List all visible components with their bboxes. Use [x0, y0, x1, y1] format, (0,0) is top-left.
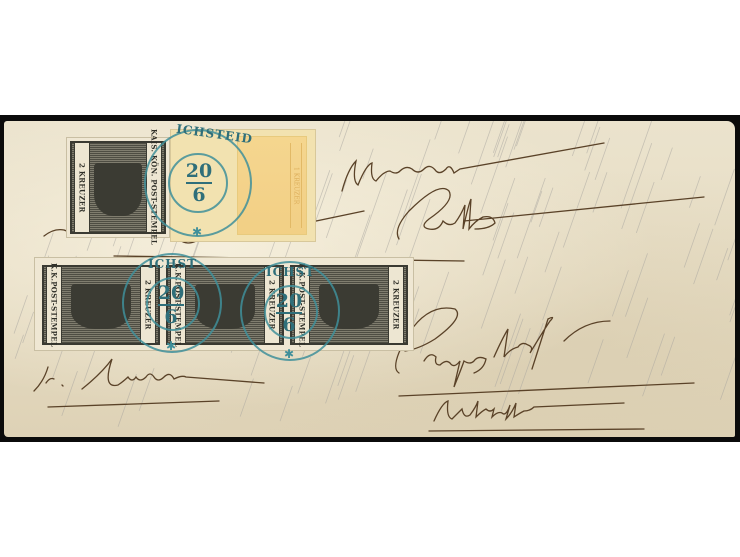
- coat-of-arms-icon: [94, 163, 142, 216]
- stamp-1-kreuzer-upper: 1 KREUZER: [170, 129, 316, 242]
- envelope-cover: 2 KREUZER KAIS. KÖN. POST-STEMPEL 1 KREU…: [4, 121, 735, 437]
- stamp-strip-item-2: K.K.POST-STEMPEL 2 KREUZER: [163, 262, 287, 348]
- stamp-strip-item-3: K.K.POST-STEMPEL 2 KREUZER: [287, 262, 411, 348]
- stamp-value-strip: 2 KREUZER: [74, 143, 90, 232]
- stamp-side-strip: K.K.POST-STEMPEL: [46, 267, 62, 343]
- stamp-side-strip: K.K.POST-STEMPEL: [170, 267, 186, 343]
- stamp-side-strip: KAIS. KÖN. POST-STEMPEL: [146, 143, 162, 232]
- stamp-design: K.K.POST-STEMPEL 2 KREUZER: [42, 265, 160, 345]
- stamp-strip-item-1: K.K.POST-STEMPEL 2 KREUZER: [39, 262, 163, 348]
- stamp-value-strip: 1 KREUZER: [290, 143, 302, 228]
- stamp-design: K.K.POST-STEMPEL 2 KREUZER: [290, 265, 408, 345]
- coat-of-arms-icon: [195, 284, 254, 330]
- stamp-2-kreuzer-upper: 2 KREUZER KAIS. KÖN. POST-STEMPEL: [66, 137, 170, 238]
- stamp-value-strip: 2 KREUZER: [388, 267, 404, 343]
- stamp-side-strip: K.K.POST-STEMPEL: [294, 267, 310, 343]
- stamp-design: K.K.POST-STEMPEL 2 KREUZER: [166, 265, 284, 345]
- stamp-design: 1 KREUZER: [237, 136, 307, 235]
- stamp-value-strip: 2 KREUZER: [264, 267, 280, 343]
- coat-of-arms-icon: [319, 284, 378, 330]
- stamp-value-strip: 2 KREUZER: [140, 267, 156, 343]
- coat-of-arms-icon: [71, 284, 130, 330]
- stamp-design: 2 KREUZER KAIS. KÖN. POST-STEMPEL: [70, 141, 166, 234]
- stamp-strip: K.K.POST-STEMPEL 2 KREUZER K.K.POST-STEM…: [34, 257, 414, 351]
